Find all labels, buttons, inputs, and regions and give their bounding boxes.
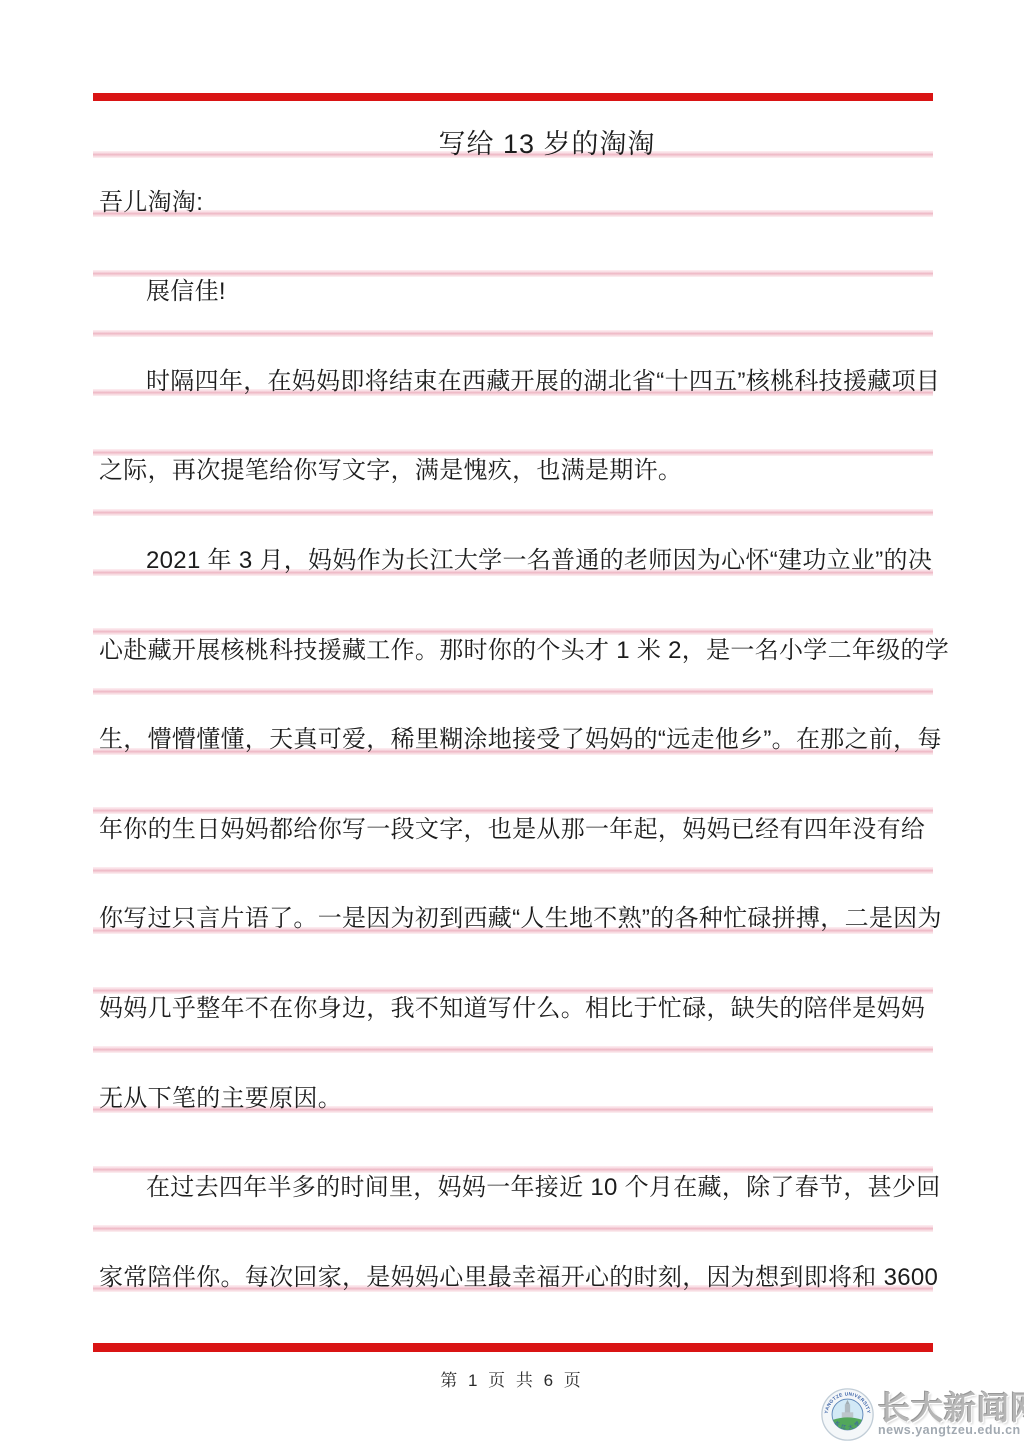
- ruled-line: [93, 210, 933, 217]
- page-title: 写给 13 岁的淘淘: [127, 128, 967, 160]
- watermark-text-block: 长大新闻网 news.yangtzeu.edu.cn: [878, 1392, 1024, 1437]
- letter-line: 妈妈几乎整年不在你身边，我不知道写什么。相比于忙碌，缺失的陪伴是妈妈: [99, 994, 925, 1023]
- letter-line: 年你的生日妈妈都给你写一段文字，也是从那一年起，妈妈已经有四年没有给: [99, 815, 925, 844]
- letter-line: 心赴藏开展核桃科技援藏工作。那时你的个头才 1 米 2，是一名小学二年级的学: [99, 636, 949, 665]
- document-page: 写给 13 岁的淘淘 吾儿淘淘:展信佳!时隔四年，在妈妈即将结束在西藏开展的湖北…: [0, 0, 1024, 1448]
- letter-line: 展信佳!: [146, 277, 226, 306]
- yangtze-university-emblem-icon: YANGTZE UNIVERSITY 长 江 大 学: [821, 1388, 874, 1441]
- ruled-line: [93, 509, 933, 516]
- site-watermark: YANGTZE UNIVERSITY 长 江 大 学 长大新闻网 news.ya…: [821, 1388, 1024, 1441]
- top-border-bar: [93, 93, 933, 101]
- letter-line: 你写过只言片语了。一是因为初到西藏“人生地不熟”的各种忙碌拼搏，二是因为: [99, 904, 942, 933]
- site-name: 长大新闻网: [878, 1392, 1024, 1424]
- letter-line: 在过去四年半多的时间里，妈妈一年接近 10 个月在藏，除了春节，甚少回: [146, 1173, 941, 1202]
- site-url: news.yangtzeu.edu.cn: [878, 1424, 1024, 1437]
- ruled-line: [93, 449, 933, 456]
- ruled-line: [93, 688, 933, 695]
- ruled-line: [93, 987, 933, 994]
- ruled-line: [93, 1225, 933, 1232]
- ruled-line: [93, 1046, 933, 1053]
- letter-line: 无从下笔的主要原因。: [99, 1084, 342, 1113]
- ruled-line: [93, 807, 933, 814]
- ruled-line: [93, 867, 933, 874]
- letter-line: 之际，再次提笔给你写文字，满是愧疚，也满是期许。: [99, 456, 682, 485]
- letter-line: 家常陪伴你。每次回家，是妈妈心里最幸福开心的时刻，因为想到即将和 3600: [99, 1263, 938, 1292]
- letter-line: 吾儿淘淘:: [99, 188, 203, 217]
- ruled-line: [93, 628, 933, 635]
- ruled-line: [93, 330, 933, 337]
- ruled-line: [93, 270, 933, 277]
- letter-line: 2021 年 3 月，妈妈作为长江大学一名普通的老师因为心怀“建功立业”的决: [146, 546, 932, 575]
- letter-line: 时隔四年，在妈妈即将结束在西藏开展的湖北省“十四五”核桃科技援藏项目: [146, 367, 940, 396]
- bottom-border-bar: [93, 1343, 933, 1352]
- ruled-line: [93, 1166, 933, 1173]
- letter-line: 生，懵懵懂懂，天真可爱，稀里糊涂地接受了妈妈的“远走他乡”。在那之前，每: [99, 725, 942, 754]
